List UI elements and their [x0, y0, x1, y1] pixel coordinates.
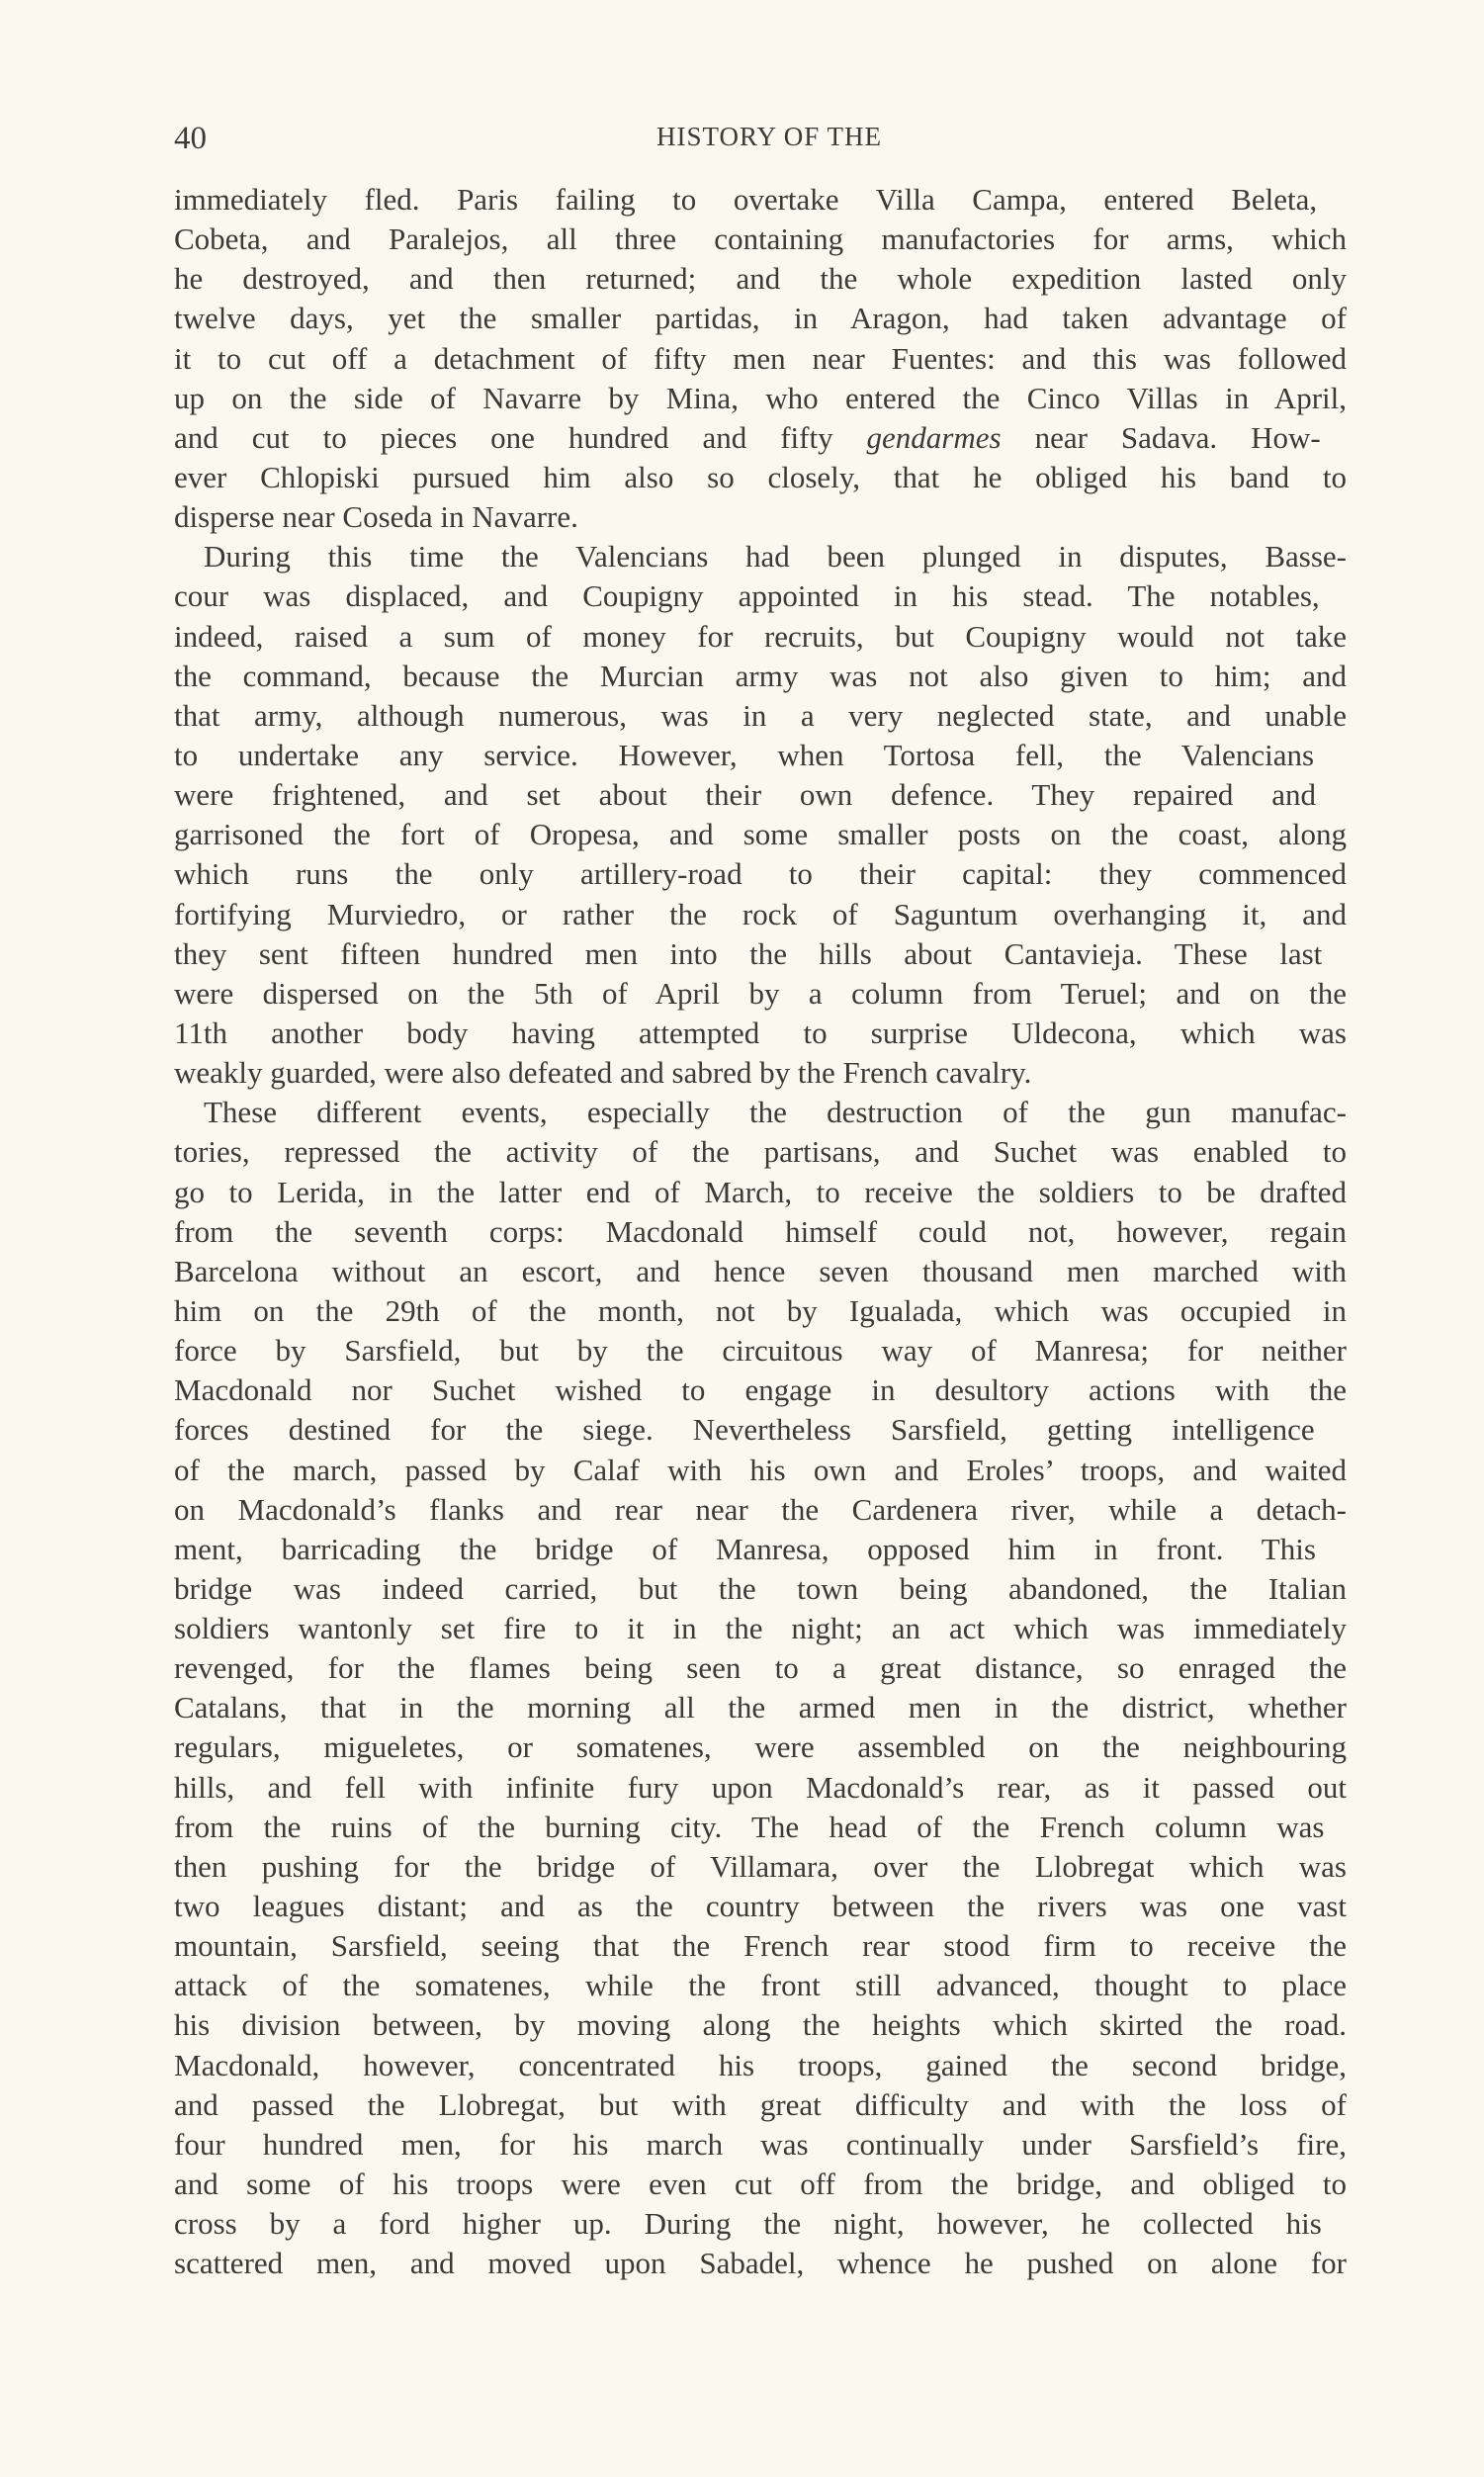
text-line: were frightened, and set about their own… — [174, 775, 1347, 815]
text-line: Catalans, that in the morning all the ar… — [174, 1688, 1347, 1727]
text-line: that army, although numerous, was in a v… — [174, 696, 1347, 736]
text-line: Macdonald, however, concentrated his tro… — [174, 2046, 1347, 2085]
italic-term: gendarmes — [867, 420, 1002, 455]
page-number: 40 — [174, 123, 207, 155]
text-line: scattered men, and moved upon Sabadel, w… — [174, 2244, 1347, 2283]
text-line: bridge was indeed carried, but the town … — [174, 1569, 1347, 1609]
text-line: of the march, passed by Calaf with his o… — [174, 1451, 1347, 1490]
text-line: then pushing for the bridge of Villamara… — [174, 1847, 1347, 1887]
text-line: the command, because the Murcian army wa… — [174, 657, 1347, 696]
text-line: they sent fifteen hundred men into the h… — [174, 934, 1347, 974]
text-line: it to cut off a detachment of fifty men … — [174, 339, 1347, 379]
text-line: which runs the only artillery-road to th… — [174, 854, 1347, 894]
text-line: he destroyed, and then returned; and the… — [174, 259, 1347, 299]
text-line: tories, repressed the activity of the pa… — [174, 1132, 1347, 1172]
text-line: revenged, for the flames being seen to a… — [174, 1648, 1347, 1688]
text-line: soldiers wantonly set fire to it in the … — [174, 1609, 1347, 1648]
text-line: and some of his troops were even cut off… — [174, 2165, 1347, 2204]
text-line: two leagues distant; and as the country … — [174, 1887, 1347, 1926]
text-line: fortifying Murviedro, or rather the rock… — [174, 895, 1347, 934]
text-line: ment, barricading the bridge of Manresa,… — [174, 1530, 1347, 1569]
text-line: from the seventh corps: Macdonald himsel… — [174, 1212, 1347, 1252]
body-text: immediately fled. Paris failing to overt… — [174, 180, 1347, 2283]
text-line: immediately fled. Paris failing to overt… — [174, 180, 1347, 220]
text-line: garrisoned the fort of Oropesa, and some… — [174, 815, 1347, 854]
text-line: his division between, by moving along th… — [174, 2005, 1347, 2045]
text-line: weakly guarded, were also defeated and s… — [174, 1053, 1347, 1093]
text-line: hills, and fell with infinite fury upon … — [174, 1768, 1347, 1808]
text-line: Macdonald nor Suchet wished to engage in… — [174, 1371, 1347, 1410]
text-line: cross by a ford higher up. During the ni… — [174, 2204, 1347, 2244]
text-line: twelve days, yet the smaller partidas, i… — [174, 299, 1347, 338]
text-line: four hundred men, for his march was cont… — [174, 2125, 1347, 2165]
text-line: up on the side of Navarre by Mina, who e… — [174, 379, 1347, 418]
text-line: from the ruins of the burning city. The … — [174, 1808, 1347, 1847]
text-line: were dispersed on the 5th of April by a … — [174, 974, 1347, 1014]
text-line: forces destined for the siege. Neverthel… — [174, 1410, 1347, 1450]
text-line: him on the 29th of the month, not by Igu… — [174, 1291, 1347, 1331]
text-line: Cobeta, and Paralejos, all three contain… — [174, 220, 1347, 259]
text-line: Barcelona without an escort, and hence s… — [174, 1252, 1347, 1291]
text-line: on Macdonald’s flanks and rear near the … — [174, 1490, 1347, 1530]
text-line: go to Lerida, in the latter end of March… — [174, 1173, 1347, 1212]
text-line: cour was displaced, and Coupigny appoint… — [174, 576, 1347, 616]
text-line: mountain, Sarsfield, seeing that the Fre… — [174, 1926, 1347, 1966]
text-line: ever Chlopiski pursued him also so close… — [174, 458, 1347, 497]
text-line: 11th another body having attempted to su… — [174, 1014, 1347, 1053]
text-line: and passed the Llobregat, but with great… — [174, 2085, 1347, 2125]
text-line: indeed, raised a sum of money for recrui… — [174, 617, 1347, 657]
running-head: HISTORY OF THE — [629, 124, 910, 150]
text-line: force by Sarsfield, but by the circuitou… — [174, 1331, 1347, 1371]
paragraph-first-line: These different events, especially the d… — [174, 1093, 1347, 1132]
text-line: regulars, migueletes, or somatenes, were… — [174, 1727, 1347, 1767]
text-line: and cut to pieces one hundred and fifty … — [174, 418, 1347, 458]
text-span: near Sadava. How- — [1002, 420, 1321, 455]
text-line: disperse near Coseda in Navarre. — [174, 497, 1347, 537]
paragraph-first-line: During this time the Valencians had been… — [174, 537, 1347, 576]
text-line: to undertake any service. However, when … — [174, 736, 1347, 775]
text-span: and cut to pieces one hundred and fifty — [174, 420, 867, 455]
text-line: attack of the somatenes, while the front… — [174, 1966, 1347, 2005]
